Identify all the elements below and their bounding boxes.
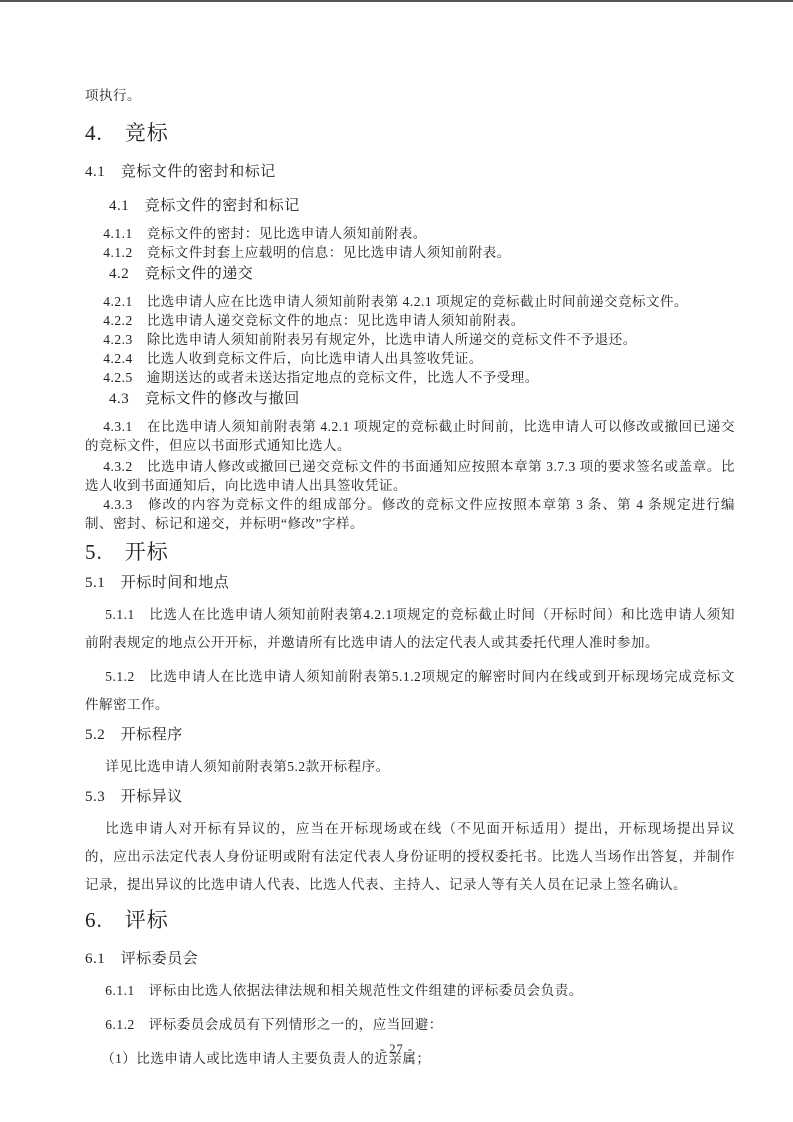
clause-4-1-2: 4.1.2 竞标文件封套上应载明的信息：见比选申请人须知前附表。 bbox=[85, 243, 735, 262]
clause-4-2-1: 4.2.1 比选申请人应在比选申请人须知前附表第 4.2.1 项规定的竞标截止时… bbox=[85, 292, 735, 311]
clause-4-3-3: 4.3.3 修改的内容为竞标文件的组成部分。修改的竞标文件应按照本章第 3 条、… bbox=[85, 495, 735, 533]
page-number: - 27 - bbox=[0, 1042, 793, 1057]
document-page: 项执行。 4. 竞标 4.1 竞标文件的密封和标记 4.1 竞标文件的密封和标记… bbox=[0, 0, 793, 1122]
subheading-4-1-repeat: 4.1 竞标文件的密封和标记 bbox=[109, 196, 735, 217]
clause-4-1-1: 4.1.1 竞标文件的密封：见比选申请人须知前附表。 bbox=[85, 224, 735, 243]
subheading-4-2: 4.2 竞标文件的递交 bbox=[109, 264, 735, 285]
clause-4-2-3: 4.2.3 除比选申请人须知前附表另有规定外，比选申请人所递交的竞标文件不予退还… bbox=[85, 330, 735, 349]
section-heading-5: 5. 开标 bbox=[85, 537, 735, 567]
heading-5-3: 5.3 开标异议 bbox=[85, 787, 735, 808]
paragraph-5-2-detail: 详见比选申请人须知前附表第5.2款开标程序。 bbox=[85, 753, 735, 781]
heading-4-1: 4.1 竞标文件的密封和标记 bbox=[85, 162, 735, 183]
heading-6-1: 6.1 评标委员会 bbox=[85, 949, 735, 970]
heading-5-2: 5.2 开标程序 bbox=[85, 725, 735, 746]
section-heading-6: 6. 评标 bbox=[85, 905, 735, 935]
subheading-4-3: 4.3 竞标文件的修改与撤回 bbox=[109, 389, 735, 410]
paragraph-continuation: 项执行。 bbox=[85, 86, 735, 105]
clause-4-2-4: 4.2.4 比选人收到竞标文件后，向比选申请人出具签收凭证。 bbox=[85, 349, 735, 368]
clause-5-1-2: 5.1.2 比选申请人在比选申请人须知前附表第5.1.2项规定的解密时间内在线或… bbox=[85, 663, 735, 719]
section-heading-4: 4. 竞标 bbox=[85, 118, 735, 148]
heading-5-1: 5.1 开标时间和地点 bbox=[85, 573, 735, 594]
clause-4-2-2: 4.2.2 比选申请人递交竞标文件的地点：见比选申请人须知前附表。 bbox=[85, 311, 735, 330]
clause-4-3-2: 4.3.2 比选申请人修改或撤回已递交竞标文件的书面通知应按照本章第 3.7.3… bbox=[85, 457, 735, 495]
clause-4-3-1: 4.3.1 在比选申请人须知前附表第 4.2.1 项规定的竞标截止时间前，比选申… bbox=[85, 417, 735, 455]
paragraph-5-3-body: 比选申请人对开标有异议的，应当在开标现场或在线（不见面开标适用）提出，开标现场提… bbox=[85, 815, 735, 899]
page-content: 项执行。 4. 竞标 4.1 竞标文件的密封和标记 4.1 竞标文件的密封和标记… bbox=[0, 2, 793, 1073]
clause-6-1-1: 6.1.1 评标由比选人依据法律法规和相关规范性文件组建的评标委员会负责。 bbox=[85, 977, 735, 1005]
clause-6-1-2: 6.1.2 评标委员会成员有下列情形之一的，应当回避： bbox=[85, 1011, 735, 1039]
clause-4-2-5: 4.2.5 逾期送达的或者未送达指定地点的竞标文件，比选人不予受理。 bbox=[85, 368, 735, 387]
clause-5-1-1: 5.1.1 比选人在比选申请人须知前附表第4.2.1项规定的竞标截止时间（开标时… bbox=[85, 601, 735, 657]
